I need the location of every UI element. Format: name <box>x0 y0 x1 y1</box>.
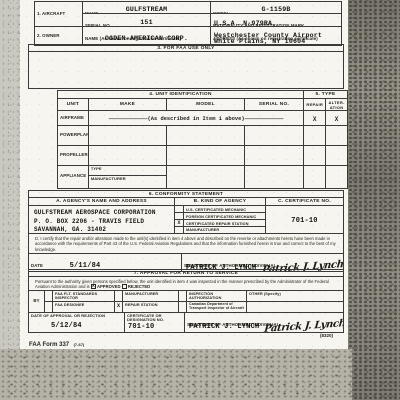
agency-line3: SAVANNAH, GA. 31402 <box>34 226 174 233</box>
airframe-span-text: ————————————(As described in Item 1 abov… <box>89 111 304 125</box>
unit-identification-header: 4. UNIT IDENTIFICATION <box>58 91 304 98</box>
kind-foreign-mechanic-label: FOREIGN CERTIFICATED MECHANIC <box>184 213 265 219</box>
aircraft-owner-table: 1. AIRCRAFT 2. OWNER MAKE GULFSTREAM MOD… <box>34 1 342 46</box>
certificate-no-header: C. CERTIFICATE NO. <box>266 198 343 205</box>
approval-cert-value: 701-10 <box>128 323 154 331</box>
scan-edge-right <box>348 0 400 400</box>
opt-canadian-dept-mark <box>179 302 187 312</box>
kind-us-mechanic-label: U.S. CERTIFICATED MECHANIC <box>184 206 265 212</box>
approved-label: APPROVED <box>97 284 121 289</box>
col-repair: REPAIR <box>304 99 326 110</box>
type-header: 5. TYPE <box>304 91 347 98</box>
aircraft-make-value: GULFSTREAM <box>83 6 210 13</box>
opt-inspection-auth-mark <box>179 291 187 301</box>
aircraft-serial-value: 151 <box>83 19 210 26</box>
col-unit: UNIT <box>58 99 89 110</box>
approved-checkbox: X <box>91 284 96 289</box>
approval-date-value: 5/12/84 <box>51 322 82 330</box>
approval-signatory-typed: PATRICK J. LYNCH <box>189 323 259 331</box>
opt-canadian-dept-label: Canadian Department of Transport Inspect… <box>187 302 247 312</box>
kind-us-mechanic-mark <box>175 206 184 212</box>
agency-name-header: A. AGENCY'S NAME AND ADDRESS <box>29 198 175 205</box>
opt-repair-station-mark: X <box>115 302 123 312</box>
other-specify-label: OTHER (Specify) <box>247 291 343 301</box>
unit-identification-table: 4. UNIT IDENTIFICATION 5. TYPE UNIT MAKE… <box>57 90 348 189</box>
opt-inspection-auth-label: INSPECTION AUTHORIZATION <box>187 291 247 301</box>
kind-manufacturer-mark <box>175 227 184 233</box>
col-model: MODEL <box>167 99 244 110</box>
aircraft-model-value: G-1159B <box>211 6 341 13</box>
rejected-checkbox <box>122 284 127 289</box>
form-337-page: 1. AIRCRAFT 2. OWNER MAKE GULFSTREAM MOD… <box>20 0 350 349</box>
kind-repair-station-mark: X <box>175 220 184 226</box>
kind-of-agency-header: B. KIND OF AGENCY <box>175 198 266 205</box>
airframe-alteration-mark: X <box>326 111 347 125</box>
rejected-label: REJECTED <box>128 284 150 289</box>
opt-manufacturer-label: MANUFACTURER <box>123 291 179 301</box>
appliance-type-label: TYPE <box>89 166 166 176</box>
appliance-manufacturer-label: MANUFACTURER <box>89 176 166 182</box>
certificate-no-value: 701-10 <box>266 206 343 233</box>
aircraft-section-label: 1. AIRCRAFT <box>35 11 67 18</box>
opt-faa-designee-label: FAA DESIGNEE <box>53 302 115 312</box>
airframe-repair-mark: X <box>304 111 326 125</box>
registration-value: U.S.A. N-979RA <box>214 20 272 26</box>
faa-use-only-box <box>28 51 344 89</box>
agency-line2: P. O. BOX 2206 - TRAVIS FIELD <box>34 218 174 225</box>
form-code: (8320) <box>320 333 333 338</box>
scanned-document-canvas: 1. AIRCRAFT 2. OWNER MAKE GULFSTREAM MOD… <box>0 0 400 400</box>
conformity-statement-section: 6. CONFORMITY STATEMENT A. AGENCY'S NAME… <box>28 190 344 272</box>
kind-foreign-mechanic-mark <box>175 213 184 219</box>
opt-repair-station-label: REPAIR STATION <box>123 302 179 312</box>
by-label: BY <box>29 291 45 312</box>
row-powerplant-label: POWERPLANT <box>58 126 89 145</box>
scan-edge-bottom <box>0 349 352 400</box>
approval-date-label: DATE OF APPROVAL OR REJECTION <box>29 313 124 319</box>
approval-signature-script: Patrick J. Lynch <box>264 318 343 332</box>
approval-statement-text: Pursuant to the authority given persons … <box>35 279 329 289</box>
row-propeller-label: PROPELLER <box>58 146 89 165</box>
opt-faa-inspector-mark <box>45 291 53 301</box>
approval-section: 7. APPROVAL FOR RETURN TO SERVICE Pursua… <box>28 269 344 333</box>
owner-name-value: OGDEN-AMERICAN CORP. <box>83 35 210 42</box>
opt-faa-designee-mark <box>45 302 53 312</box>
opt-manufacturer-mark <box>115 291 123 301</box>
approval-statement: Pursuant to the authority given persons … <box>29 277 343 291</box>
form-number: FAA Form 337 <box>29 342 69 348</box>
col-serial: SERIAL NO. <box>245 99 305 110</box>
approval-header: 7. APPROVAL FOR RETURN TO SERVICE <box>29 270 343 277</box>
owner-section-label: 2. OWNER <box>35 33 62 40</box>
kind-manufacturer-label: MANUFACTURER <box>184 227 265 233</box>
col-make: MAKE <box>89 99 167 110</box>
kind-repair-station-label: CERTIFICATED REPAIR STATION <box>184 220 265 226</box>
row-appliance-label: APPLIANCE <box>58 166 89 188</box>
col-alteration: ALTER- ATION <box>326 99 347 110</box>
conformity-certification-statement: D. I certify that the repair and/or alte… <box>29 234 343 254</box>
form-revision: (7-67) <box>74 342 85 347</box>
conformity-header: 6. CONFORMITY STATEMENT <box>29 191 343 198</box>
agency-line1: GULFSTREAM AEROSPACE CORPORATION <box>34 209 174 216</box>
opt-faa-inspector-label: FAA FLT. STANDARDS INSPECTOR <box>53 291 115 301</box>
row-airframe-label: AIRFRAME <box>58 111 89 125</box>
